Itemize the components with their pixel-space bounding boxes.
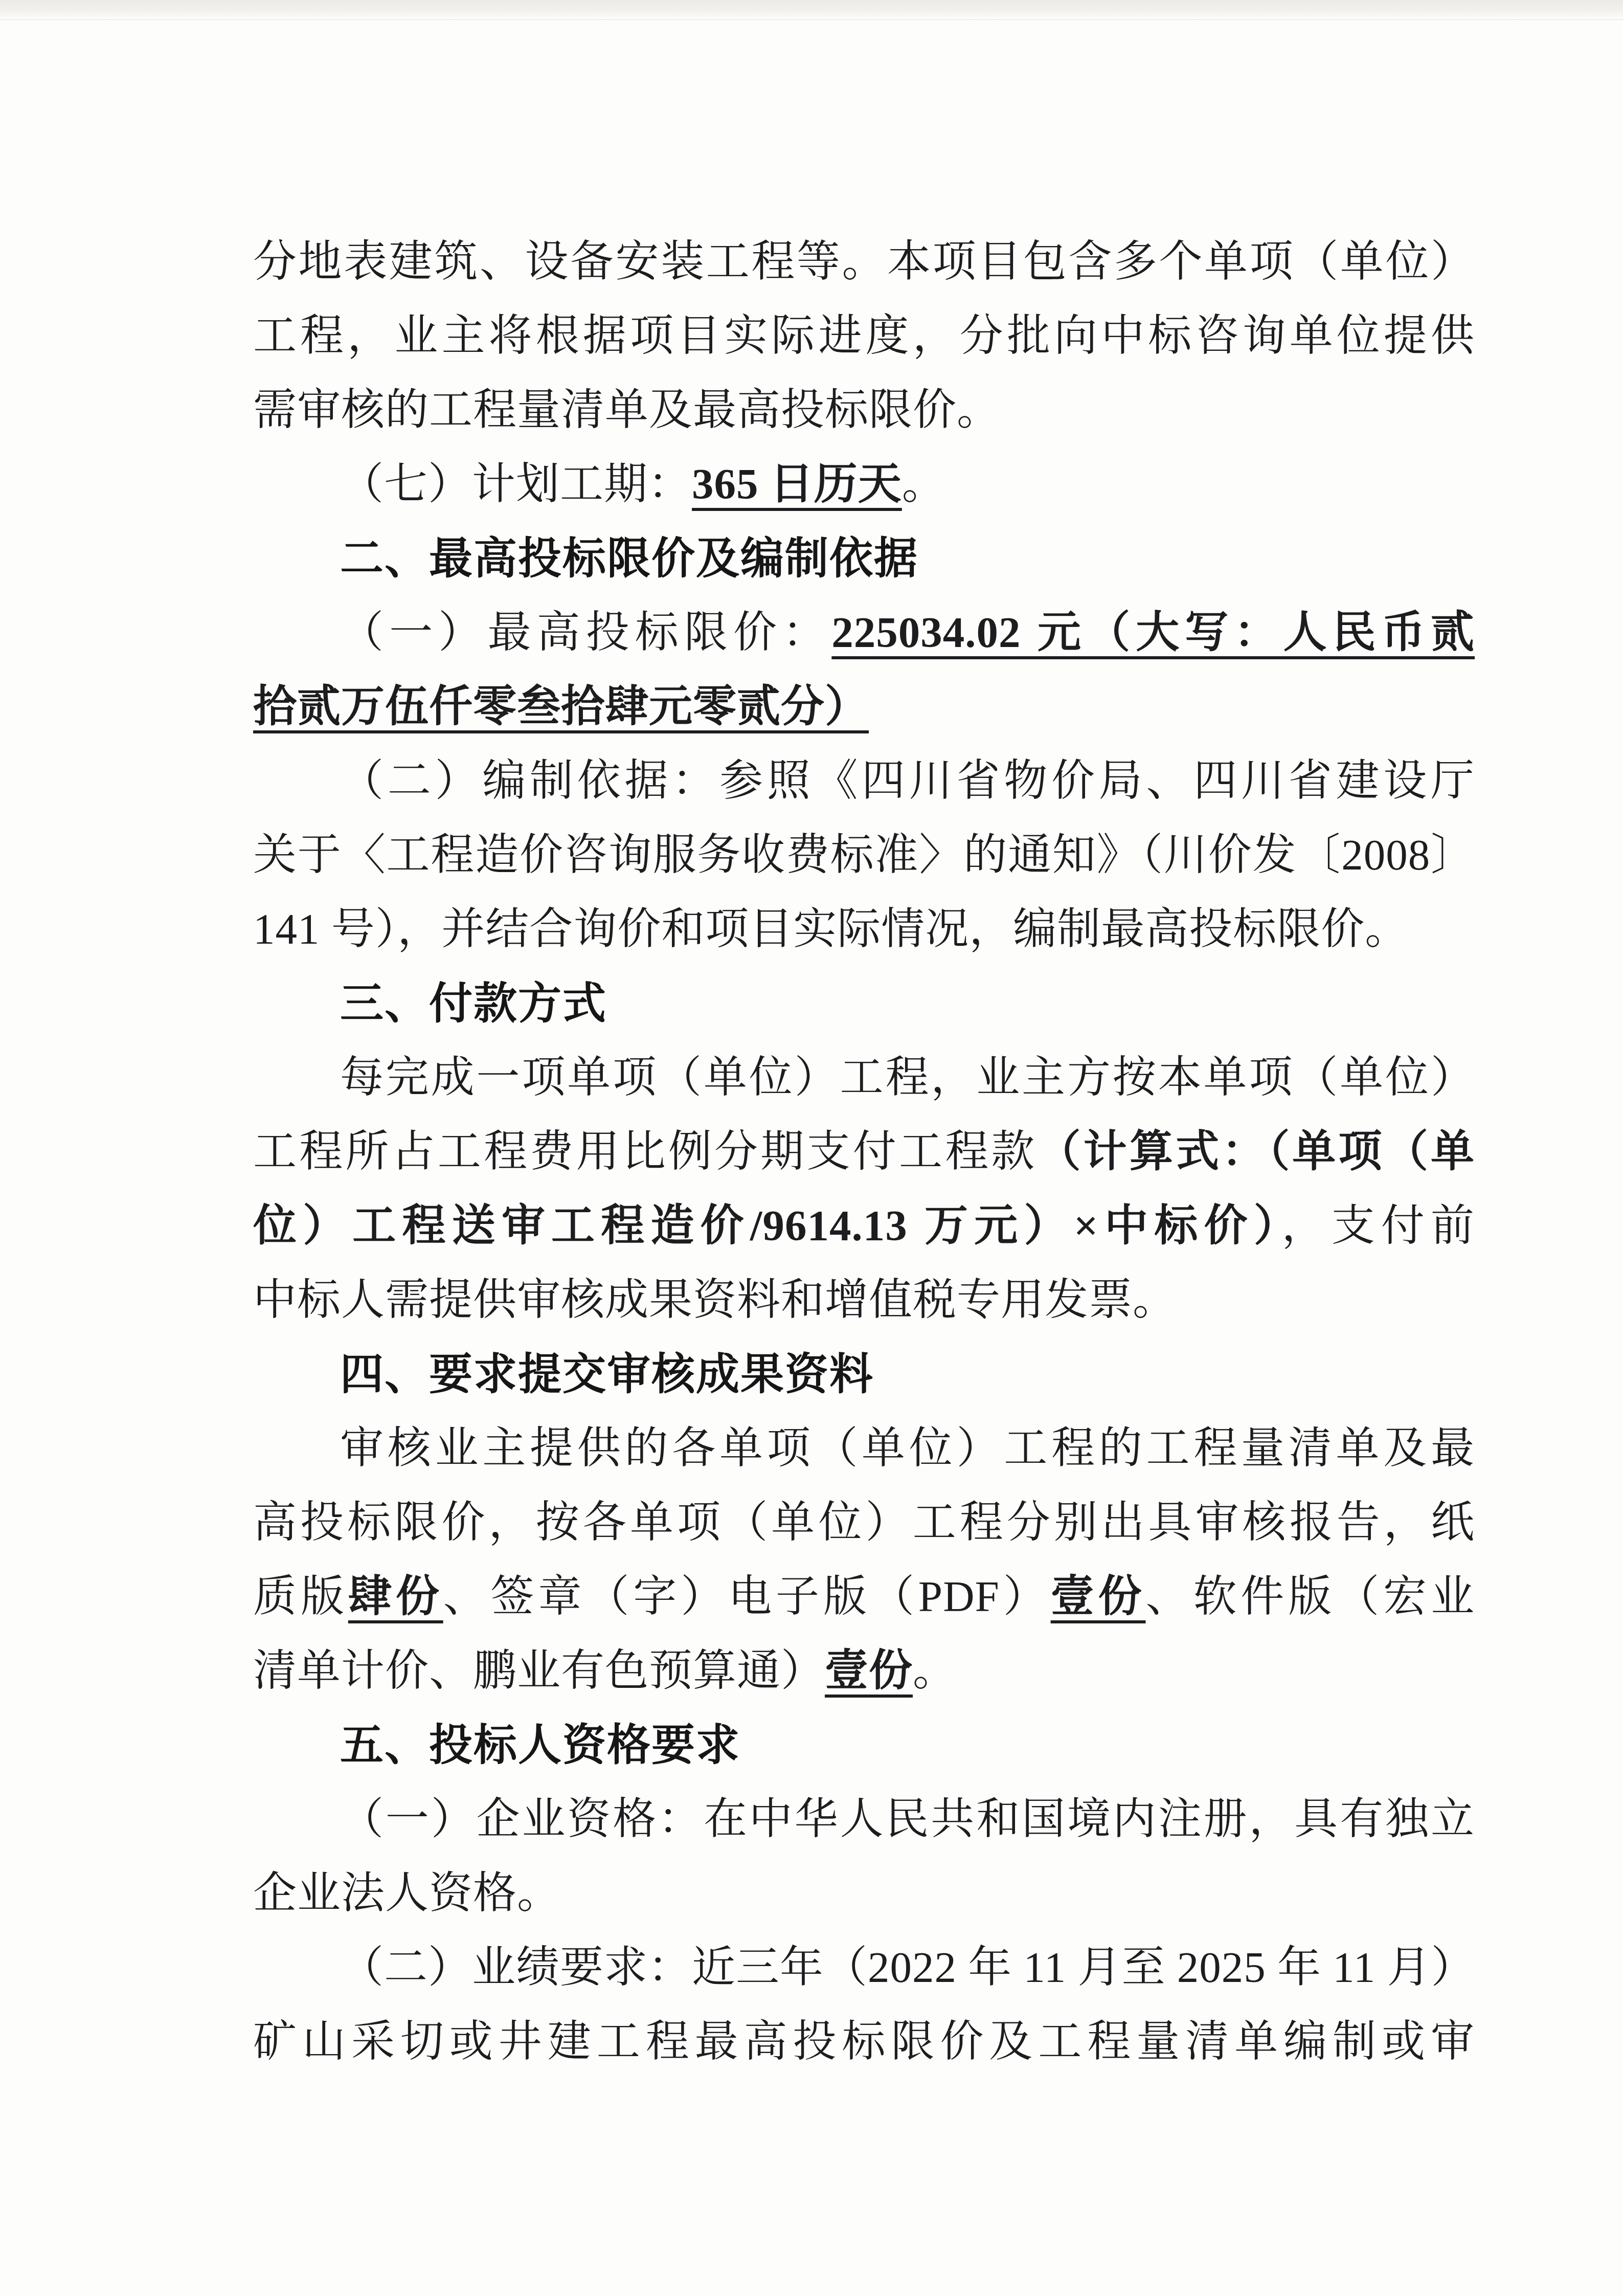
- document-text-block: 分地表建筑、设备安装工程等。本项目包含多个单项（单位）工程，业主将根据项目实际进…: [253, 225, 1475, 2079]
- text-segment: （一）企业资格：在中华人民共和国境内注册，具有独立: [340, 1795, 1475, 1843]
- document-page: 分地表建筑、设备安装工程等。本项目包含多个单项（单位）工程，业主将根据项目实际进…: [0, 0, 1623, 2296]
- text-line: （一）企业资格：在中华人民共和国境内注册，具有独立: [253, 1782, 1475, 1857]
- text-line: （二）编制依据：参照《四川省物价局、四川省建设厅: [253, 744, 1475, 818]
- text-line: 企业法人资格。: [253, 1857, 1475, 1931]
- text-line: 清单计价、鹏业有色预算通）壹份。: [253, 1634, 1475, 1708]
- text-line: 审核业主提供的各单项（单位）工程的工程量清单及最: [253, 1412, 1475, 1486]
- text-line: 质版肆份、签章（字）电子版（PDF）壹份、软件版（宏业: [253, 1560, 1475, 1634]
- text-line: （二）业绩要求：近三年（2022 年 11 月至 2025 年 11 月）: [253, 1931, 1475, 2005]
- text-segment: 、软件版（宏业: [1145, 1573, 1475, 1621]
- text-segment: 清单计价、鹏业有色预算通）: [253, 1647, 825, 1695]
- section-heading-line: 四、要求提交审核成果资料: [253, 1338, 1475, 1412]
- emphasized-underlined-text: 肆份: [348, 1573, 443, 1621]
- text-segment: 需审核的工程量清单及最高投标限价。: [253, 386, 1001, 434]
- text-line: 中标人需提供审核成果资料和增值税专用发票。: [253, 1263, 1475, 1338]
- text-line: （一）最高投标限价：225034.02 元（大写：人民币贰: [253, 596, 1475, 670]
- text-segment: 质版: [253, 1573, 348, 1621]
- text-segment: （七）计划工期：: [340, 460, 692, 508]
- text-segment: 、签章（字）电子版（PDF）: [443, 1573, 1051, 1621]
- text-segment: 141 号），并结合询价和项目实际情况，编制最高投标限价。: [253, 905, 1409, 953]
- text-line: 141 号），并结合询价和项目实际情况，编制最高投标限价。: [253, 893, 1475, 967]
- text-segment: 矿山采切或井建工程最高投标限价及工程量清单编制或审: [253, 2018, 1475, 2066]
- emphasized-underlined-text: 拾贰万伍仟零叁拾肆元零贰分）: [253, 683, 869, 731]
- text-line: 工程，业主将根据项目实际进度，分批向中标咨询单位提供: [253, 299, 1475, 373]
- bold-text: 位）工程送审工程造价/9614.13 万元）×中标价）: [253, 1202, 1281, 1250]
- emphasized-underlined-text: 225034.02 元（大写：人民币贰: [831, 609, 1475, 657]
- bold-text: （计算式：（单项（单: [1038, 1128, 1475, 1176]
- text-segment: 。: [913, 1647, 957, 1695]
- text-segment: 关于〈工程造价咨询服务收费标准〉的通知》（川价发〔2008〕: [253, 831, 1475, 879]
- text-segment: 二、最高投标限价及编制依据: [340, 534, 918, 583]
- text-segment: 企业法人资格。: [253, 1869, 561, 1918]
- text-segment: 五、投标人资格要求: [340, 1721, 740, 1770]
- text-segment: （二）编制依据：参照《四川省物价局、四川省建设厅: [340, 757, 1475, 805]
- text-line: 需审核的工程量清单及最高投标限价。: [253, 373, 1475, 448]
- text-line: （七）计划工期：365 日历天。: [253, 448, 1475, 522]
- text-segment: 分地表建筑、设备安装工程等。本项目包含多个单项（单位）: [253, 238, 1475, 286]
- text-segment: 中标人需提供审核成果资料和增值税专用发票。: [253, 1276, 1177, 1324]
- section-heading-line: 五、投标人资格要求: [253, 1708, 1475, 1782]
- text-segment: ，支付前: [1281, 1202, 1475, 1250]
- text-line: 矿山采切或井建工程最高投标限价及工程量清单编制或审: [253, 2005, 1475, 2079]
- section-heading-line: 二、最高投标限价及编制依据: [253, 522, 1475, 596]
- text-segment: 。: [902, 460, 946, 508]
- text-segment: 高投标限价，按各单项（单位）工程分别出具审核报告，纸: [253, 1499, 1475, 1547]
- text-segment: （一）最高投标限价：: [340, 609, 831, 657]
- text-line: 关于〈工程造价咨询服务收费标准〉的通知》（川价发〔2008〕: [253, 818, 1475, 893]
- emphasized-underlined-text: 壹份: [1051, 1573, 1146, 1621]
- emphasized-underlined-text: 365 日历天: [692, 460, 902, 508]
- text-segment: 工程，业主将根据项目实际进度，分批向中标咨询单位提供: [253, 312, 1475, 360]
- text-segment: 每完成一项单项（单位）工程，业主方按本单项（单位）: [340, 1054, 1475, 1102]
- text-segment: 审核业主提供的各单项（单位）工程的工程量清单及最: [340, 1424, 1475, 1473]
- text-line: 拾贰万伍仟零叁拾肆元零贰分）: [253, 670, 1475, 744]
- text-line: 分地表建筑、设备安装工程等。本项目包含多个单项（单位）: [253, 225, 1475, 299]
- text-line: 工程所占工程费用比例分期支付工程款（计算式：（单项（单: [253, 1115, 1475, 1189]
- text-line: 每完成一项单项（单位）工程，业主方按本单项（单位）: [253, 1041, 1475, 1115]
- text-segment: 三、付款方式: [340, 979, 607, 1028]
- text-segment: （二）业绩要求：近三年（2022 年 11 月至 2025 年 11 月）: [340, 1944, 1475, 1992]
- text-line: 高投标限价，按各单项（单位）工程分别出具审核报告，纸: [253, 1486, 1475, 1560]
- text-segment: 四、要求提交审核成果资料: [340, 1350, 874, 1399]
- text-line: 位）工程送审工程造价/9614.13 万元）×中标价），支付前: [253, 1189, 1475, 1263]
- section-heading-line: 三、付款方式: [253, 967, 1475, 1041]
- emphasized-underlined-text: 壹份: [825, 1647, 913, 1695]
- text-segment: 工程所占工程费用比例分期支付工程款: [253, 1128, 1038, 1176]
- scan-edge-artifact: [0, 0, 1623, 20]
